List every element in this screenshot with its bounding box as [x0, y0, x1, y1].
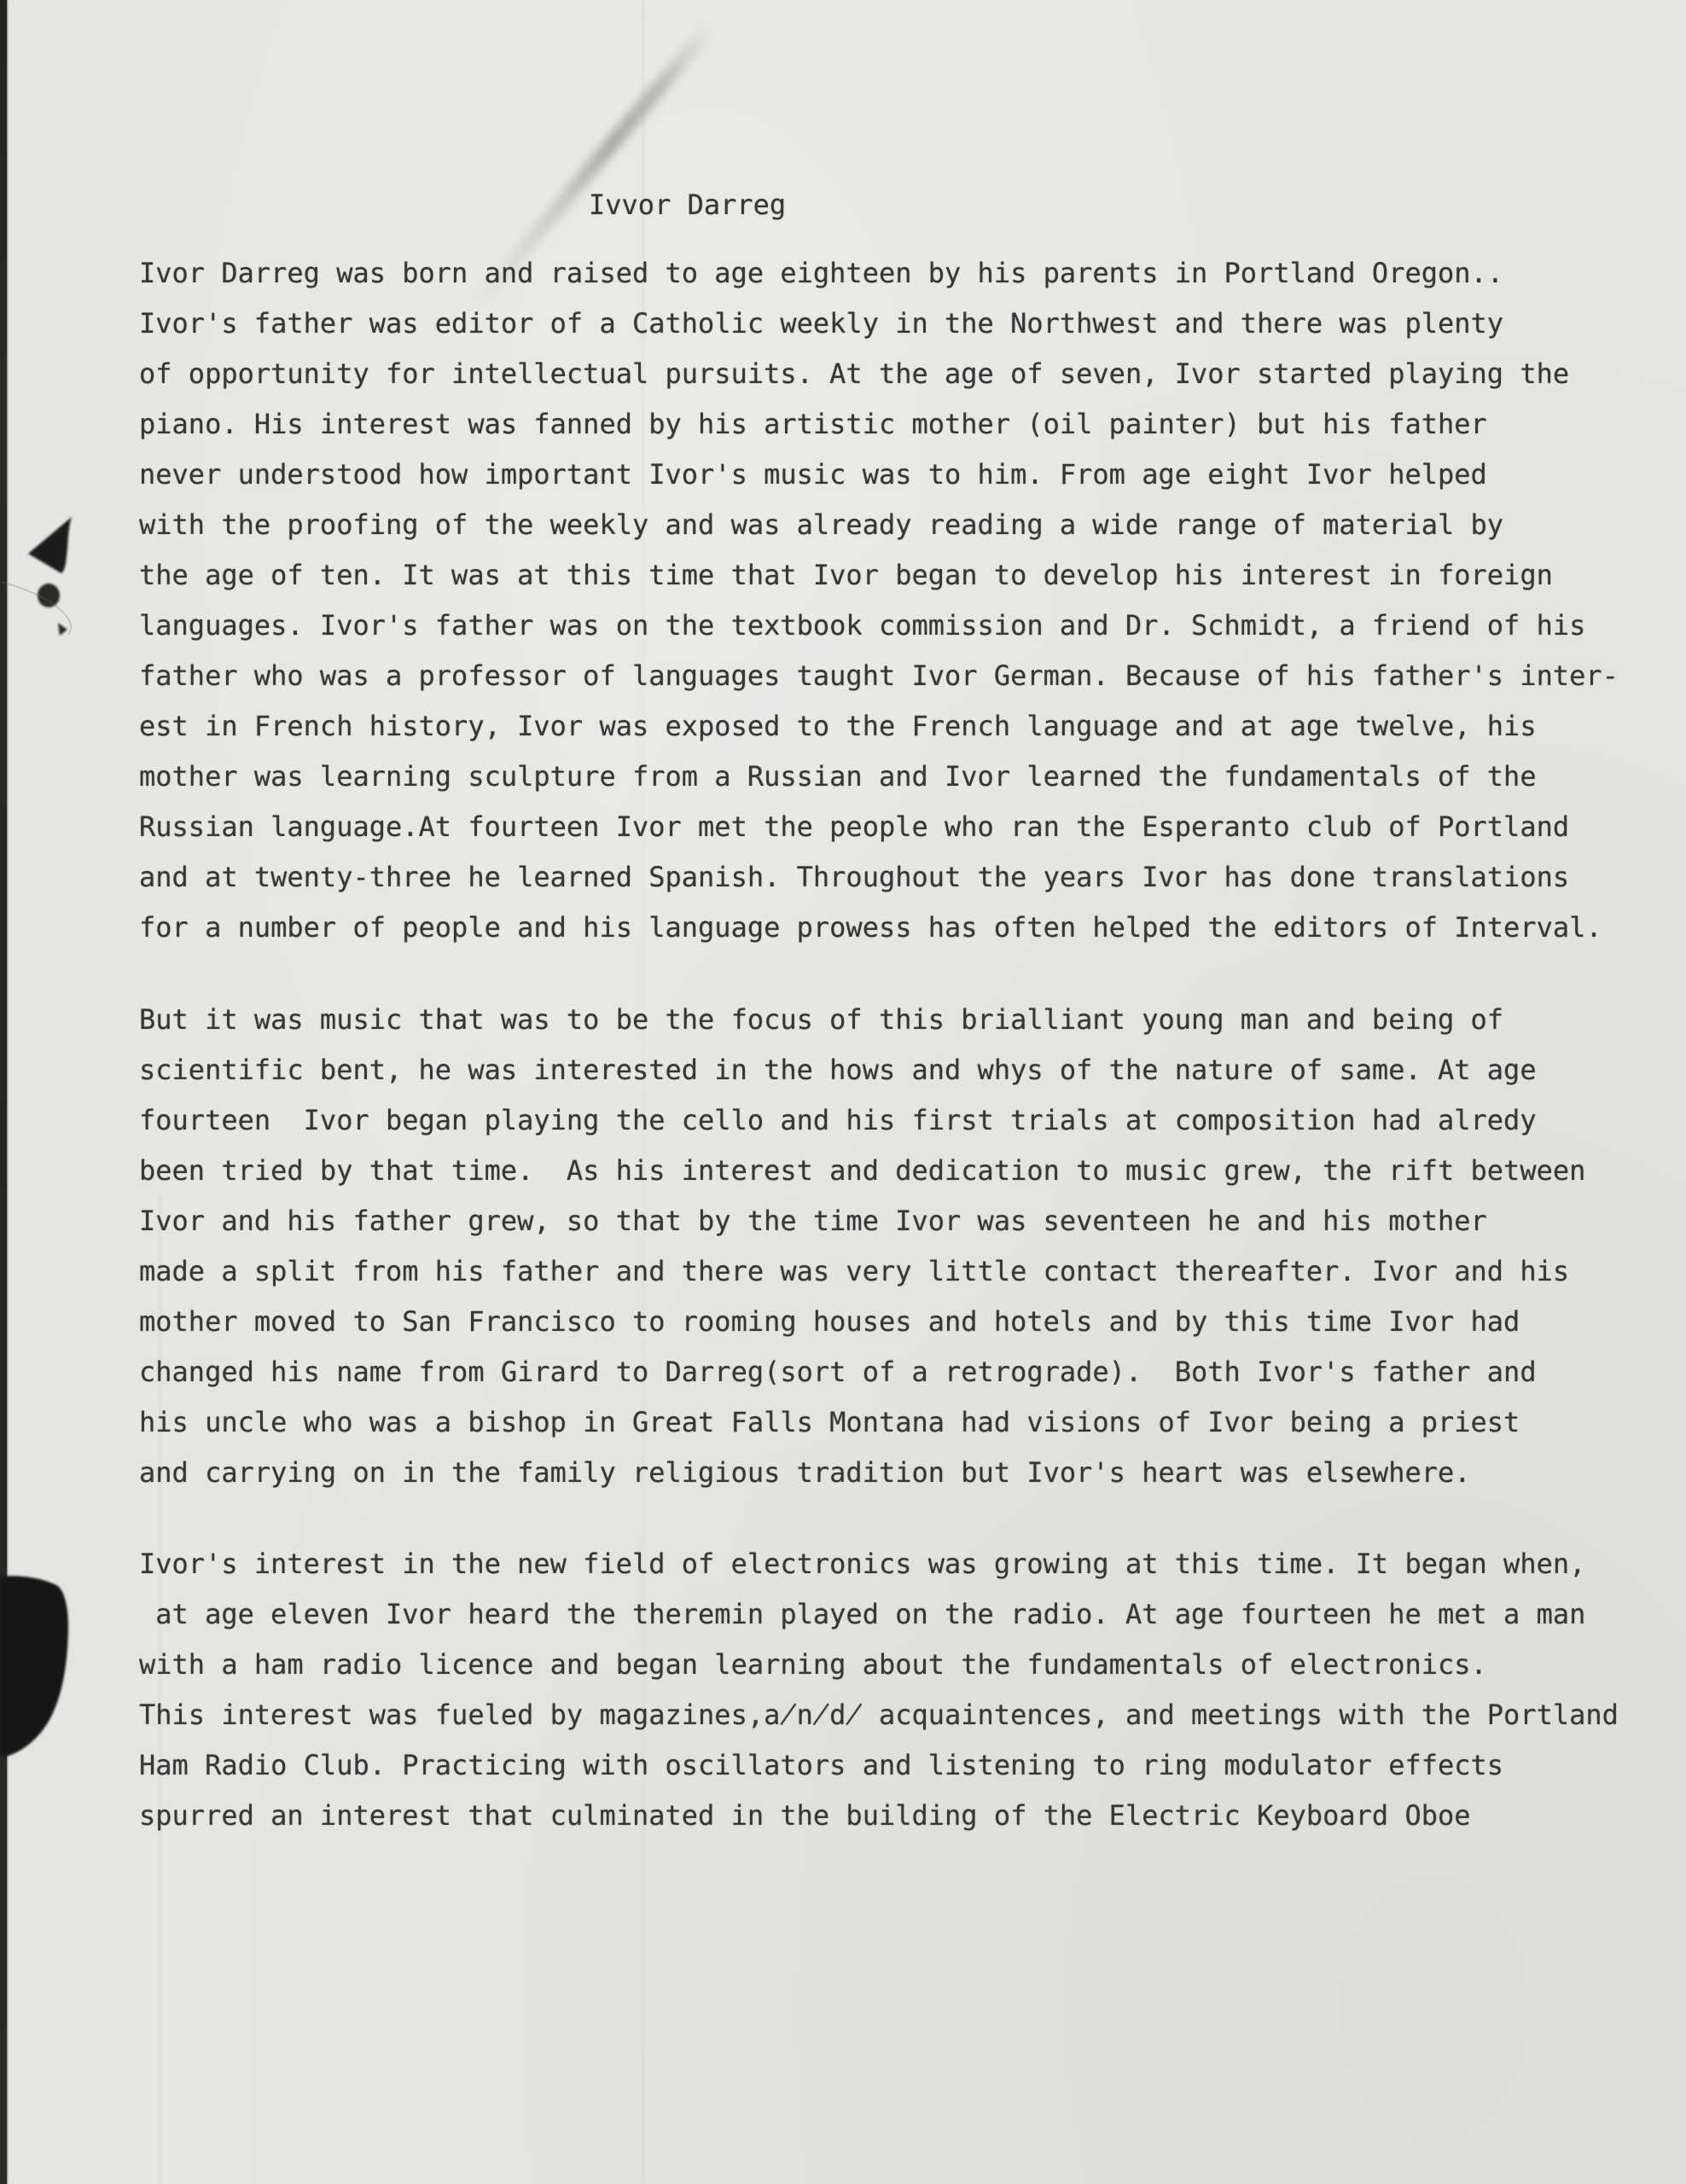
- text-line: for a number of people and his language …: [139, 903, 1619, 953]
- text-line: made a split from his father and there w…: [139, 1246, 1585, 1297]
- text-line: of opportunity for intellectual pursuits…: [139, 349, 1619, 399]
- text-line: and carrying on in the family religious …: [139, 1448, 1585, 1498]
- tiny-ink-speck: [58, 623, 67, 636]
- text-line: This interest was fueled by magazines,a̸…: [139, 1690, 1619, 1740]
- text-line: with the proofing of the weekly and was …: [139, 500, 1619, 550]
- text-line: been tried by that time. As his interest…: [139, 1146, 1585, 1196]
- paragraph-1: Ivor Darreg was born and raised to age e…: [139, 248, 1619, 953]
- text-line: But it was music that was to be the focu…: [139, 995, 1585, 1045]
- text-line: father who was a professor of languages …: [139, 651, 1619, 701]
- text-line: never understood how important Ivor's mu…: [139, 450, 1619, 500]
- text-line: fourteen Ivor began playing the cello an…: [139, 1095, 1585, 1146]
- text-line: with a ham radio licence and began learn…: [139, 1640, 1619, 1690]
- scanned-typewritten-page: Ivvor Darreg Ivor Darreg was born and ra…: [0, 0, 1686, 2184]
- text-line: Ivor Darreg was born and raised to age e…: [139, 248, 1619, 299]
- text-line: at age eleven Ivor heard the theremin pl…: [139, 1589, 1619, 1640]
- text-line: Ivor's father was editor of a Catholic w…: [139, 299, 1619, 349]
- text-line: languages. Ivor's father was on the text…: [139, 601, 1619, 651]
- text-line: piano. His interest was fanned by his ar…: [139, 399, 1619, 450]
- paragraph-2: But it was music that was to be the focu…: [139, 995, 1585, 1498]
- text-line: Russian language.At fourteen Ivor met th…: [139, 802, 1619, 852]
- text-line: Ham Radio Club. Practicing with oscillat…: [139, 1740, 1619, 1791]
- ink-blob-artifact: [0, 1576, 68, 1757]
- text-line: Ivor and his father grew, so that by the…: [139, 1196, 1585, 1246]
- text-line: mother was learning sculpture from a Rus…: [139, 752, 1619, 802]
- small-ink-dot: [38, 584, 60, 607]
- text-line: his uncle who was a bishop in Great Fall…: [139, 1397, 1585, 1448]
- text-line: spurred an interest that culminated in t…: [139, 1791, 1619, 1841]
- paragraph-3: Ivor's interest in the new field of elec…: [139, 1539, 1619, 1841]
- text-line: mother moved to San Francisco to rooming…: [139, 1297, 1585, 1347]
- text-line: est in French history, Ivor was exposed …: [139, 701, 1619, 752]
- text-line: the age of ten. It was at this time that…: [139, 550, 1619, 601]
- text-line: scientific bent, he was interested in th…: [139, 1045, 1585, 1095]
- arrow-ink-blot: [28, 517, 72, 573]
- text-line: and at twenty-three he learned Spanish. …: [139, 852, 1619, 903]
- text-line: Ivor's interest in the new field of elec…: [139, 1539, 1619, 1589]
- text-line: changed his name from Girard to Darreg(s…: [139, 1347, 1585, 1397]
- page-title: Ivvor Darreg: [589, 180, 786, 230]
